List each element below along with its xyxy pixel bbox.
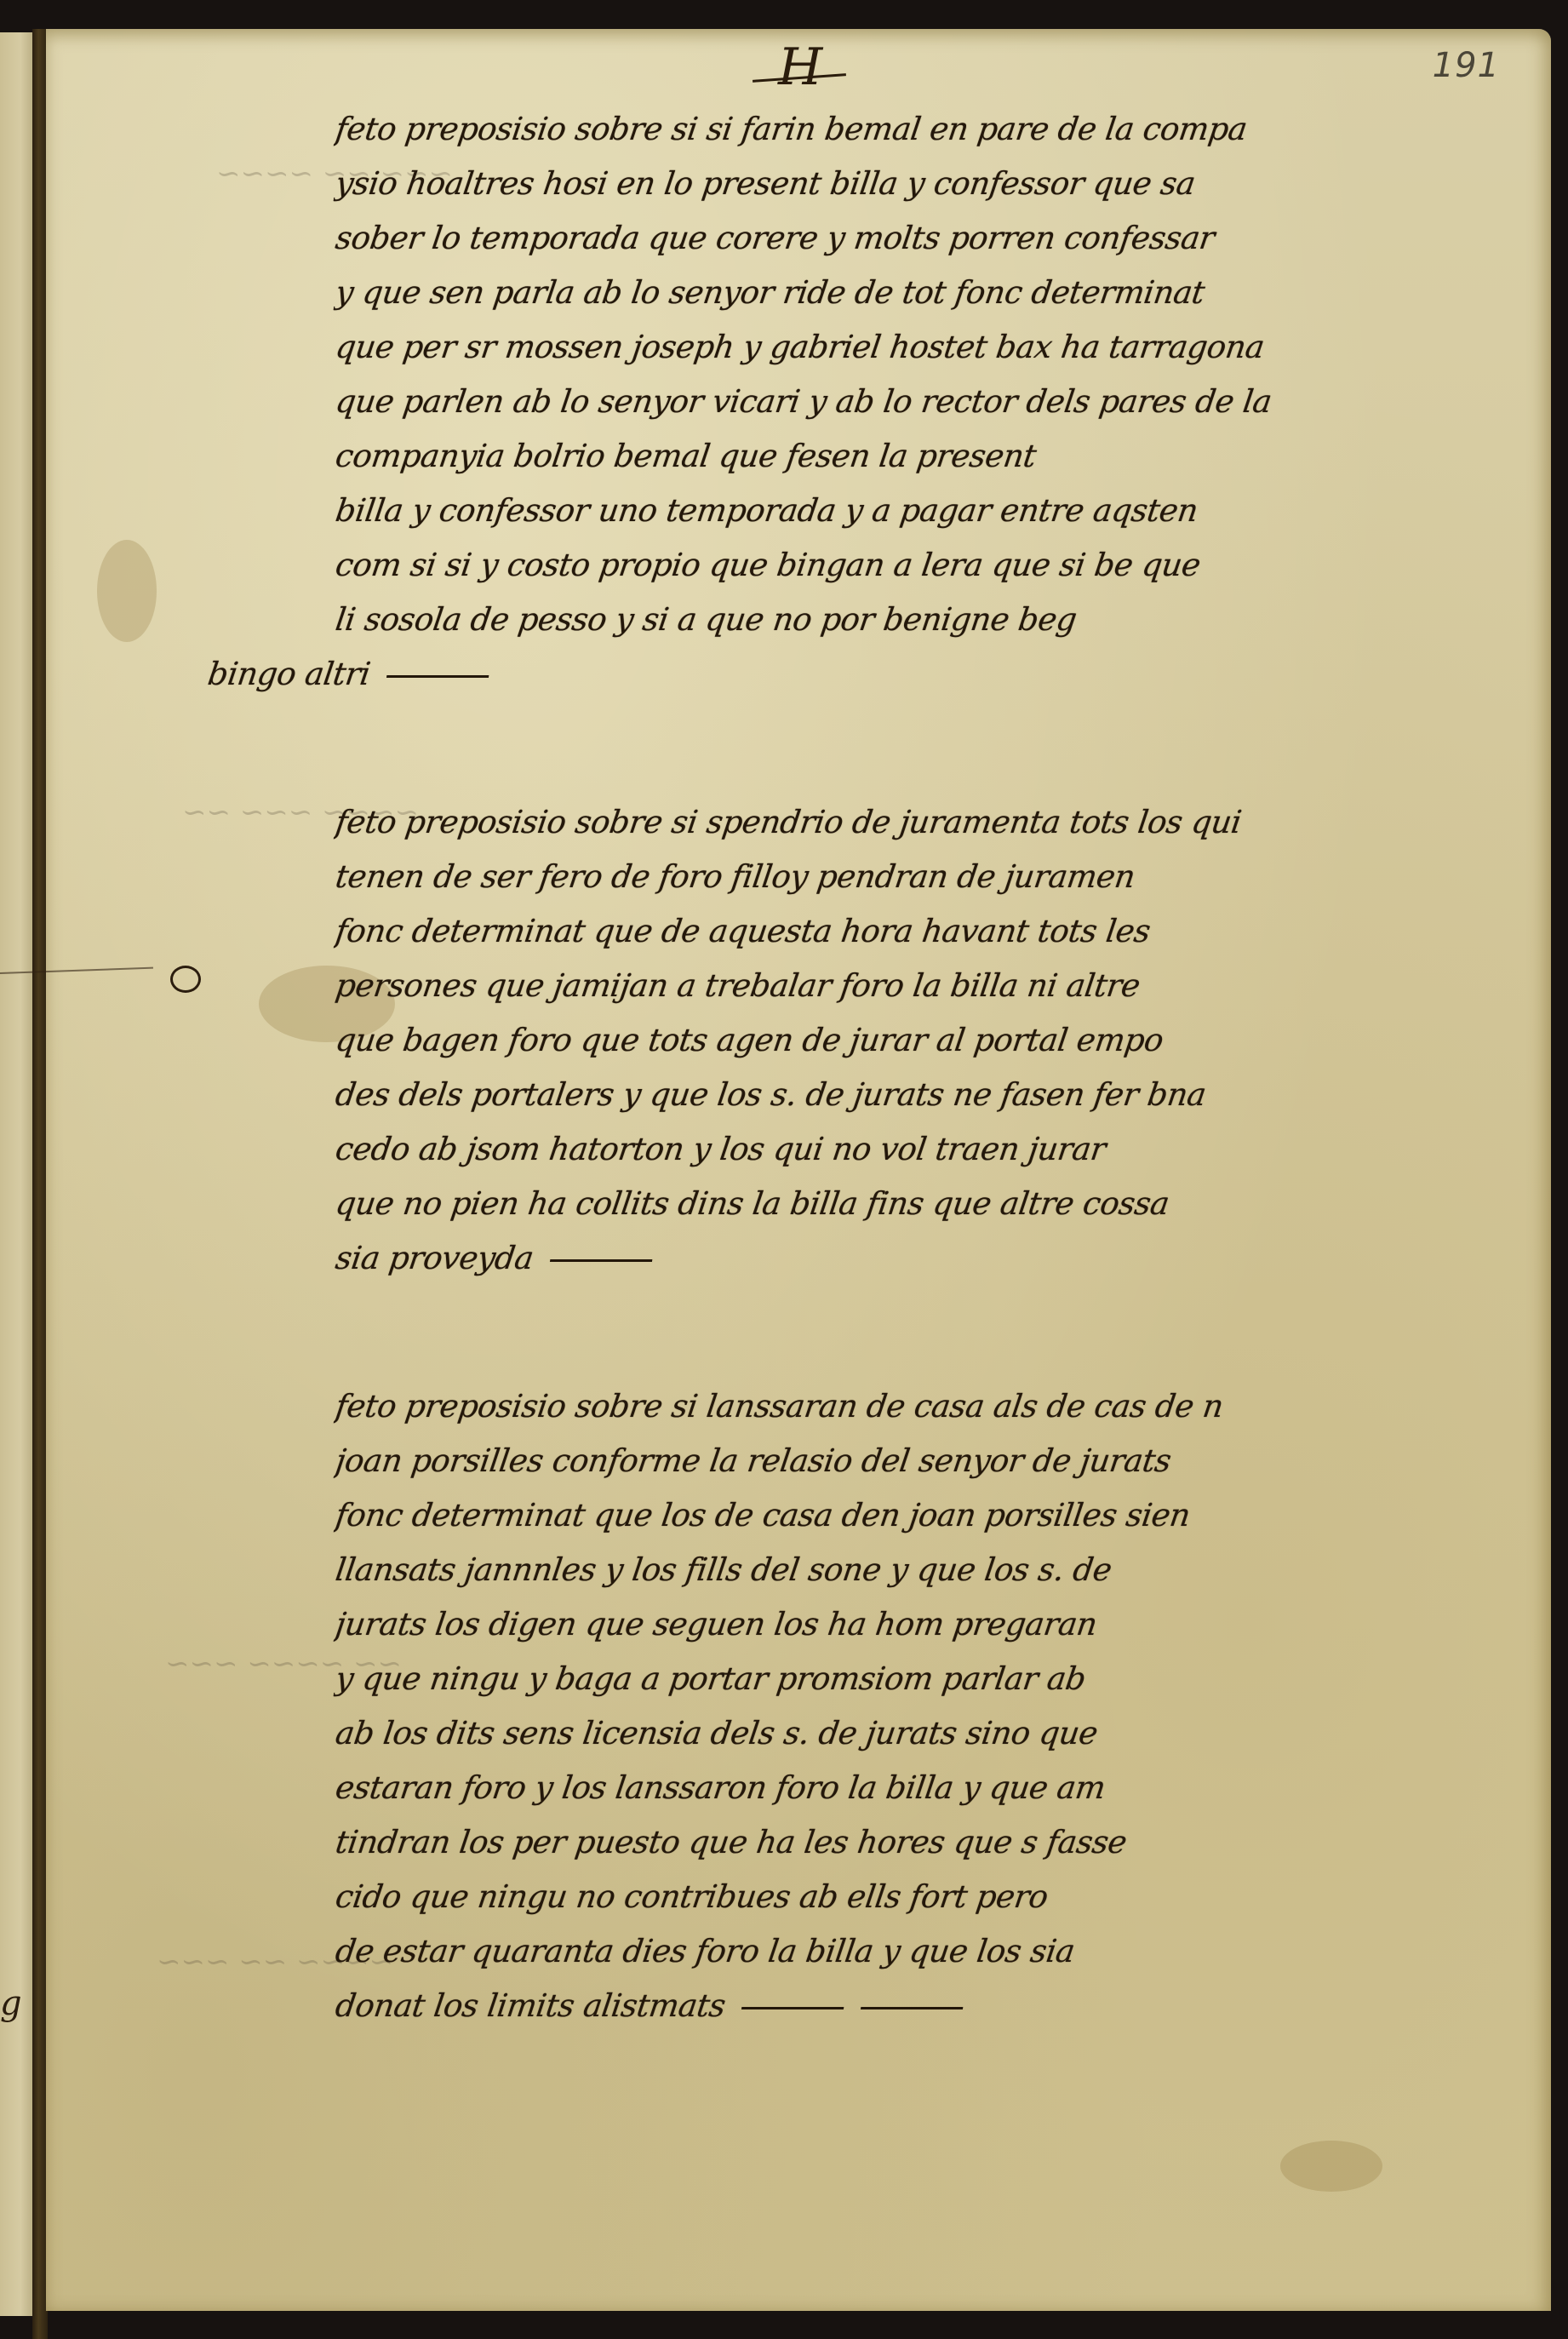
margin-circle-mark: [170, 966, 201, 993]
paper-stain: [97, 540, 157, 642]
text-line: li sosola de pesso y si a que no por ben…: [332, 593, 1497, 647]
text-line: ab los dits sens licensia dels s. de jur…: [332, 1706, 1497, 1761]
paper-stain: [1280, 2141, 1382, 2192]
text-line: sia proveyda: [332, 1231, 1497, 1286]
entry-3: feto preposisio sobre si lanssaran de ca…: [332, 1379, 1490, 2033]
text-line: que parlen ab lo senyor vicari y ab lo r…: [332, 375, 1497, 429]
text-line: tindran los per puesto que ha les hores …: [332, 1815, 1497, 1870]
text-line-content: sia proveyda: [334, 1240, 536, 1276]
closing-dash: [386, 675, 489, 678]
manuscript-text: feto preposisio sobre si si farin bemal …: [332, 102, 1490, 2127]
closing-dash: [550, 1259, 652, 1262]
text-line-content: bingo altri: [206, 656, 373, 692]
facing-page-edge: [0, 32, 34, 2316]
text-line: cedo ab jsom hatorton y los qui no vol t…: [332, 1122, 1497, 1177]
text-line: jurats los digen que seguen los ha hom p…: [332, 1597, 1497, 1652]
text-line: fonc determinat que de aquesta hora hava…: [332, 904, 1497, 959]
text-line: feto preposisio sobre si si farin bemal …: [332, 102, 1497, 157]
text-line: que bagen foro que tots agen de jurar al…: [332, 1013, 1497, 1068]
text-line: y que ningu y baga a portar promsiom par…: [332, 1652, 1497, 1706]
text-line: tenen de ser fero de foro filloy pendran…: [332, 850, 1497, 904]
text-line: des dels portalers y que los s. de jurat…: [332, 1068, 1497, 1122]
text-line: donat los limits alistmats: [332, 1979, 1497, 2033]
facing-page-fragment: g: [0, 1984, 22, 2023]
text-line: ysio hoaltres hosi en lo present billa y…: [332, 157, 1497, 211]
page-mark: H: [778, 37, 822, 97]
entry-2: feto preposisio sobre si spendrio de jur…: [332, 795, 1490, 1286]
text-line: que no pien ha collits dins la billa fin…: [332, 1177, 1497, 1231]
text-line: persones que jamijan a trebalar foro la …: [332, 959, 1497, 1013]
text-line: que per sr mossen joseph y gabriel hoste…: [332, 320, 1497, 375]
text-line: com si si y costo propio que bingan a le…: [332, 538, 1497, 593]
text-line: bingo altri: [204, 647, 1497, 702]
text-line: companyia bolrio bemal que fesen la pres…: [332, 429, 1497, 484]
folio-number: 191: [1433, 46, 1500, 85]
text-line: llansats jannnles y los fills del sone y…: [332, 1543, 1497, 1597]
text-line: billa y confessor uno temporada y a paga…: [332, 484, 1497, 538]
text-line: feto preposisio sobre si lanssaran de ca…: [332, 1379, 1497, 1434]
text-line: cido que ningu no contribues ab ells for…: [332, 1870, 1497, 1924]
closing-dash: [861, 2007, 963, 2009]
closing-dash: [741, 2007, 844, 2009]
text-line: estaran foro y los lanssaron foro la bil…: [332, 1761, 1497, 1815]
text-line: fonc determinat que los de casa den joan…: [332, 1488, 1497, 1543]
text-line: joan porsilles conforme la relasio del s…: [332, 1434, 1497, 1488]
text-line: sober lo temporada que corere y molts po…: [332, 211, 1497, 266]
text-line-content: donat los limits alistmats: [334, 1987, 728, 2024]
text-line: feto preposisio sobre si spendrio de jur…: [332, 795, 1497, 850]
text-line: y que sen parla ab lo senyor ride de tot…: [332, 266, 1497, 320]
text-line: de estar quaranta dies foro la billa y q…: [332, 1924, 1497, 1979]
entry-1: feto preposisio sobre si si farin bemal …: [332, 102, 1490, 702]
